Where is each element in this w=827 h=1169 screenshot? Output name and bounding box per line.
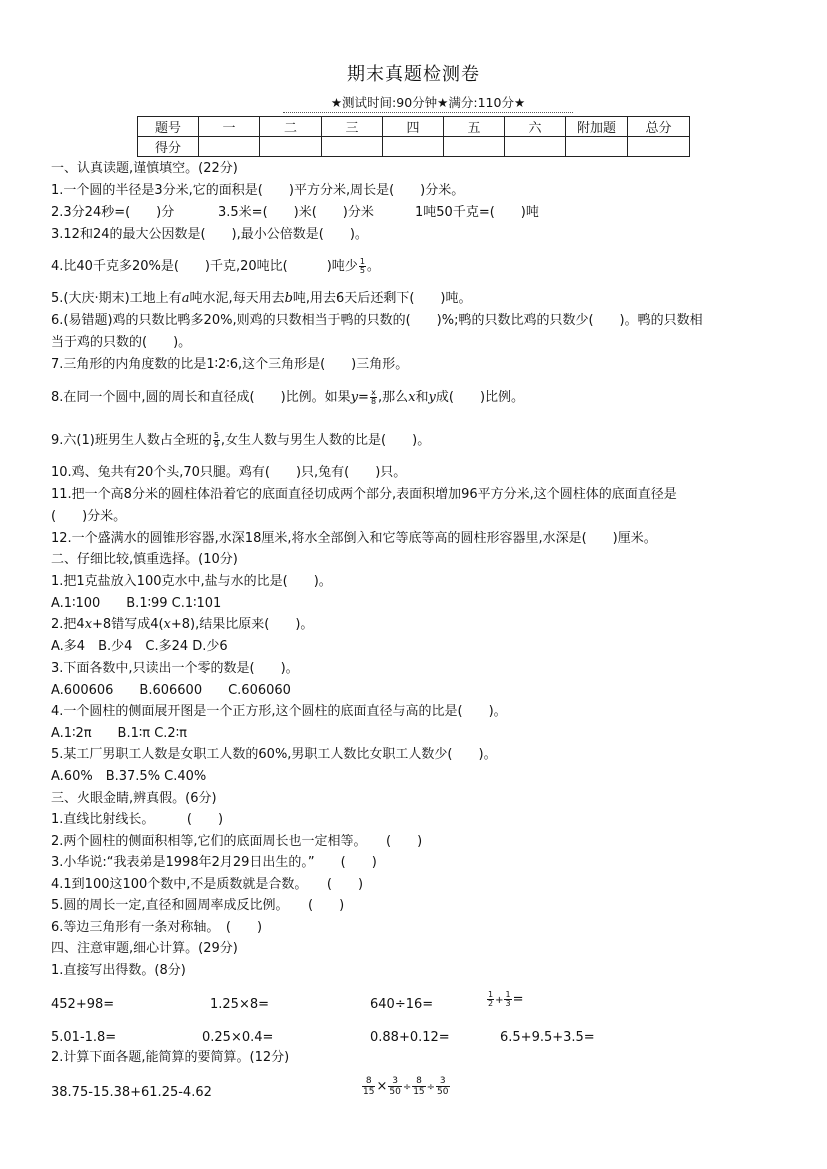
question-text: 4.比40千克多20%是( )千克,20吨比( )吨少	[51, 259, 358, 274]
question-1-6-line2: 当于鸡的只数的( )。	[51, 334, 191, 351]
question-1-7: 7.三角形的内角度数的比是1∶2∶6,这个三角形是( )三角形。	[51, 356, 408, 373]
true-false-item: 2.两个圆柱的侧面积相等,它们的底面周长也一定相等。 ( )	[51, 833, 422, 850]
oral-calc-item: 0.88+0.12=	[370, 1029, 450, 1046]
question-1-6-line1: 6.(易错题)鸡的只数比鸭多20%,则鸡的只数相当于鸭的只数的( )%;鸭的只数…	[51, 312, 703, 329]
question-1-10: 10.鸡、兔共有20个头,70只腿。鸡有( )只,兔有( )只。	[51, 464, 406, 481]
section-heading-1: 一、认真读题,谨慎填空。(22分)	[51, 160, 238, 177]
question-2-1-options: A.1∶100 B.1∶99 C.1∶101	[51, 595, 221, 612]
oral-calc-item: 0.25×0.4=	[202, 1029, 273, 1046]
question-1-2c: 1吨50千克=( )吨	[415, 204, 539, 221]
oral-calc-item: 1.25×8=	[210, 996, 269, 1013]
oral-calc-item: 640÷16=	[370, 996, 433, 1013]
question-1-2b: 3.5米=( )米( )分米	[218, 204, 374, 221]
section-heading-3: 三、火眼金睛,辨真假。(6分)	[51, 790, 217, 807]
score-table: 题号 一 二 三 四 五 六 附加题 总分 得分	[137, 116, 690, 157]
score-table-score-row: 得分	[138, 137, 690, 157]
oral-calc-item: 5.01-1.8=	[51, 1029, 116, 1046]
score-cell[interactable]	[322, 137, 383, 157]
fraction: 350	[388, 1076, 401, 1097]
fraction: 350	[436, 1076, 449, 1097]
question-1-9: 9.六(1)班男生人数占全班的59,女生人数与男生人数的比是( )。	[51, 432, 430, 449]
true-false-item: 4.1到100这100个数中,不是质数就是合数。 ( )	[51, 876, 363, 893]
question-1-3: 3.12和24的最大公因数是( ),最小公倍数是( )。	[51, 226, 368, 243]
question-1-5: 5.(大庆·期末)工地上有a吨水泥,每天用去b吨,用去6天后还剩下( )吨。	[51, 290, 471, 307]
calc-item: 38.75-15.38+61.25-4.62	[51, 1084, 212, 1101]
oral-calc-item-fraction: 12+13=	[486, 991, 523, 1009]
fraction: 815	[412, 1076, 425, 1097]
score-cell[interactable]	[505, 137, 566, 157]
calc-item-fraction: 815×350÷815÷350	[361, 1076, 451, 1097]
question-2-5: 5.某工厂男职工人数是女职工人数的60%,男职工人数比女职工人数少( )。	[51, 746, 497, 763]
question-1-11-line2: ( )分米。	[51, 508, 126, 525]
question-2-2: 2.把4x+8错写成4(x+8),结果比原来( )。	[51, 616, 313, 633]
table-row-label: 得分	[138, 137, 199, 157]
score-cell[interactable]	[628, 137, 690, 157]
exam-info: ★测试时间:90分钟★满分:110分★	[283, 93, 573, 113]
true-false-item: 3.小华说:“我表弟是1998年2月29日出生的。” ( )	[51, 854, 377, 871]
question-2-4-options: A.1∶2π B.1∶π C.2∶π	[51, 725, 187, 742]
page-title: 期末真题检测卷	[0, 60, 827, 86]
oral-calc-item: 6.5+9.5+3.5=	[500, 1029, 595, 1046]
question-1-8: 8.在同一个圆中,圆的周长和直径成( )比例。如果y=x8,那么x和y成( )比…	[51, 389, 524, 406]
question-1-2a: 2.3分24秒=( )分	[51, 204, 174, 221]
question-1-11-line1: 11.把一个高8分米的圆柱体沿着它的底面直径切成两个部分,表面积增加96平方分米…	[51, 486, 677, 503]
fraction: 13	[504, 991, 511, 1008]
question-1-1: 1.一个圆的半径是3分米,它的面积是( )平方分米,周长是( )分米。	[51, 182, 464, 199]
fraction: 59	[213, 432, 220, 449]
subsection-heading-4-1: 1.直接写出得数。(8分)	[51, 962, 186, 979]
table-header-cell: 四	[383, 117, 444, 137]
table-header-cell: 二	[260, 117, 322, 137]
table-header-cell: 附加题	[566, 117, 628, 137]
subsection-heading-4-2: 2.计算下面各题,能简算的要简算。(12分)	[51, 1049, 289, 1066]
score-cell[interactable]	[260, 137, 322, 157]
question-2-4: 4.一个圆柱的侧面展开图是一个正方形,这个圆柱的底面直径与高的比是( )。	[51, 703, 507, 720]
score-cell[interactable]	[566, 137, 628, 157]
question-2-2-options: A.多4 B.少4 C.多24 D.少6	[51, 638, 228, 655]
score-table-header-row: 题号 一 二 三 四 五 六 附加题 总分	[138, 117, 690, 137]
fraction: 815	[362, 1076, 375, 1097]
score-cell[interactable]	[383, 137, 444, 157]
score-cell[interactable]	[199, 137, 260, 157]
question-2-3-options: A.600606 B.606600 C.606060	[51, 682, 291, 699]
question-2-5-options: A.60% B.37.5% C.40%	[51, 768, 206, 785]
score-cell[interactable]	[444, 137, 505, 157]
fraction: x8	[370, 389, 377, 406]
true-false-item: 6.等边三角形有一条对称轴。 ( )	[51, 919, 262, 936]
question-1-12: 12.一个盛满水的圆锥形容器,水深18厘米,将水全部倒入和它等底等高的圆柱形容器…	[51, 530, 657, 547]
section-heading-2: 二、仔细比较,慎重选择。(10分)	[51, 551, 238, 568]
true-false-item: 5.圆的周长一定,直径和圆周率成反比例。 ( )	[51, 897, 344, 914]
table-header-cell: 题号	[138, 117, 199, 137]
question-1-4: 4.比40千克多20%是( )千克,20吨比( )吨少15。	[51, 258, 380, 275]
table-header-cell: 一	[199, 117, 260, 137]
table-header-cell: 三	[322, 117, 383, 137]
table-header-cell: 五	[444, 117, 505, 137]
table-header-cell: 总分	[628, 117, 690, 137]
oral-calc-item: 452+98=	[51, 996, 114, 1013]
true-false-item: 1.直线比射线长。 ( )	[51, 811, 223, 828]
fraction: 15	[359, 258, 366, 275]
question-2-3: 3.下面各数中,只读出一个零的数是( )。	[51, 660, 299, 677]
table-header-cell: 六	[505, 117, 566, 137]
question-2-1: 1.把1克盐放入100克水中,盐与水的比是( )。	[51, 573, 332, 590]
section-heading-4: 四、注意审题,细心计算。(29分)	[51, 940, 238, 957]
fraction: 12	[487, 991, 494, 1008]
